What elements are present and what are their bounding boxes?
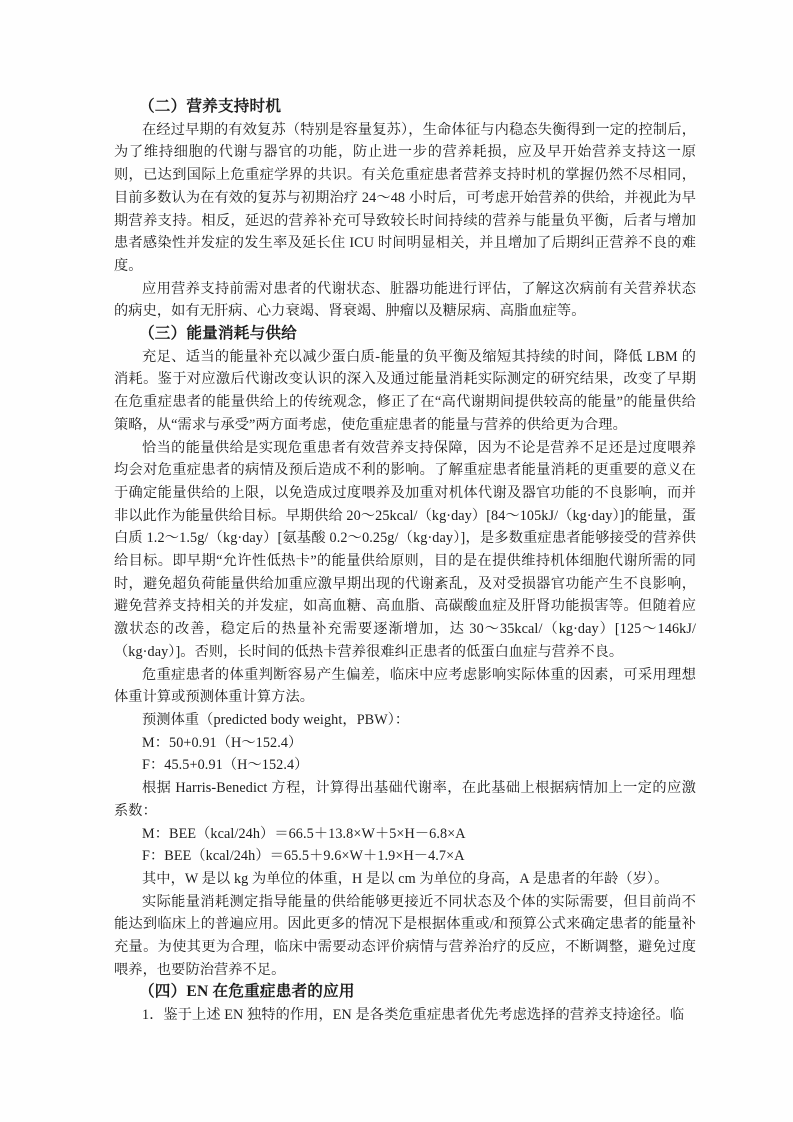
- paragraph: 其中，W 是以 kg 为单位的体重，H 是以 cm 为单位的身高，A 是患者的年…: [114, 868, 696, 891]
- paragraph: 预测体重（predicted body weight，PBW）：: [114, 709, 696, 732]
- paragraph: 实际能量消耗测定指导能量的供给能够更接近不同状态及个体的实际需要，但目前尚不能达…: [114, 891, 696, 982]
- paragraph: 应用营养支持前需对患者的代谢状态、脏器功能进行评估，了解这次病前有关营养状态的病…: [114, 278, 696, 323]
- paragraph: F：BEE（kcal/24h）＝65.5＋9.6×W＋1.9×H－4.7×A: [114, 845, 696, 868]
- document-page: （二）营养支持时机在经过早期的有效复苏（特别是容量复苏），生命体征与内稳态失衡得…: [0, 0, 793, 1122]
- paragraph: 充足、适当的能量补充以减少蛋白质-能量的负平衡及缩短其持续的时间，降低 LBM …: [114, 346, 696, 437]
- paragraph: 1．鉴于上述 EN 独特的作用，EN 是各类危重症患者优先考虑选择的营养支持途径…: [114, 1004, 696, 1027]
- paragraph: M：50+0.91（H～152.4）: [114, 732, 696, 755]
- section-heading: （二）营养支持时机: [114, 96, 696, 119]
- paragraph: 危重症患者的体重判断容易产生偏差，临床中应考虑影响实际体重的因素，可采用理想体重…: [114, 664, 696, 709]
- section-heading: （四）EN 在危重症患者的应用: [114, 981, 696, 1004]
- document-content: （二）营养支持时机在经过早期的有效复苏（特别是容量复苏），生命体征与内稳态失衡得…: [114, 96, 696, 1027]
- paragraph: F：45.5+0.91（H～152.4）: [114, 754, 696, 777]
- section-heading: （三）能量消耗与供给: [114, 323, 696, 346]
- paragraph: 在经过早期的有效复苏（特别是容量复苏），生命体征与内稳态失衡得到一定的控制后，为…: [114, 119, 696, 278]
- paragraph: 根据 Harris-Benedict 方程，计算得出基础代谢率，在此基础上根据病…: [114, 777, 696, 822]
- paragraph: M：BEE（kcal/24h）＝66.5＋13.8×W＋5×H－6.8×A: [114, 823, 696, 846]
- paragraph: 恰当的能量供给是实现危重患者有效营养支持保障，因为不论是营养不足还是过度喂养均会…: [114, 437, 696, 664]
